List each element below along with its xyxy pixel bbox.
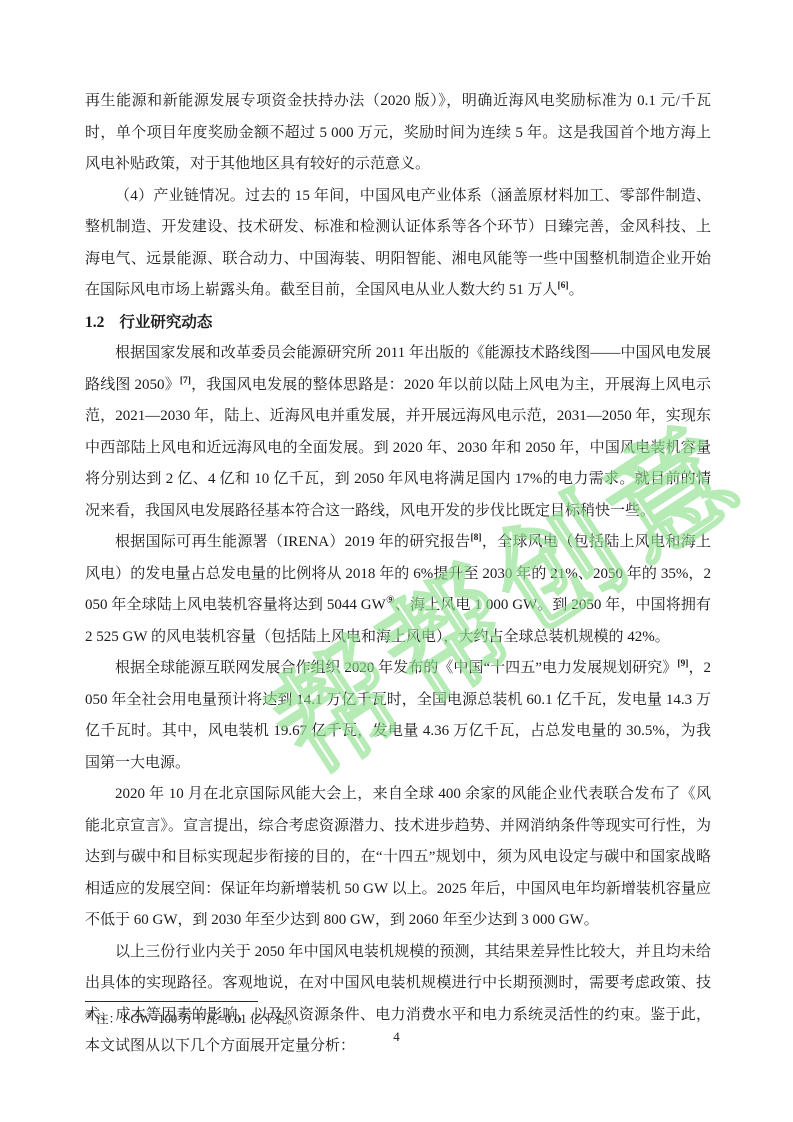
citation-ref-8: [8] [470,533,481,543]
section-heading: 1.2行业研究动态 [85,307,711,339]
paragraph-text: 2020 年 10 月在北京国际风能大会上，来自全球 400 余家的风能企业代表… [85,786,711,928]
footnote: ⑨注：1 GW=100 万千瓦=0.01 亿千瓦。 [85,1008,711,1030]
paragraph-text: 根据全球能源互联网发展合作组织 2020 年发布的《中国“十四五”电力发展规划研… [115,660,677,676]
paragraph-text: ，2050 年全社会用电量预计将达到 14.1 万亿千瓦时，全国电源总装机 60… [85,660,711,771]
footnote-area: ⑨注：1 GW=100 万千瓦=0.01 亿千瓦。 [85,1001,711,1030]
paragraph-text: （4）产业链情况。过去的 15 年间，中国风电产业体系（涵盖原材料加工、零部件制… [85,188,711,299]
footnote-divider [85,1001,258,1002]
page-body: 再生能源和新能源发展专项资金扶持办法（2020 版）》，明确近海风电奖励标准为 … [85,86,711,1063]
paragraph-industry-chain: （4）产业链情况。过去的 15 年间，中国风电产业体系（涵盖原材料加工、零部件制… [85,181,711,307]
footnote-ref-circle-9: ⑨ [386,595,395,606]
section-title: 行业研究动态 [119,314,212,331]
paragraph-text: 再生能源和新能源发展专项资金扶持办法（2020 版）》，明确近海风电奖励标准为 … [85,93,711,172]
page-number: 4 [0,1029,793,1045]
paragraph-beijing-declaration: 2020 年 10 月在北京国际风能大会上，来自全球 400 余家的风能企业代表… [85,779,711,937]
document-page: 帮帮创意 再生能源和新能源发展专项资金扶持办法（2020 版）》，明确近海风电奖… [0,0,793,1122]
section-number: 1.2 [85,314,104,331]
paragraph-text: ，我国风电发展的整体思路是：2020 年以前以陆上风电为主，开展海上风电示范，2… [85,377,711,519]
citation-ref-7: [7] [180,376,191,386]
footnote-marker: ⑨ [85,1010,93,1020]
paragraph-roadmap-2050: 根据国家发展和改革委员会能源研究所 2011 年出版的《能源技术路线图——中国风… [85,338,711,527]
paragraph-geidco-plan: 根据全球能源互联网发展合作组织 2020 年发布的《中国“十四五”电力发展规划研… [85,653,711,779]
citation-ref-6: [6] [558,281,569,291]
paragraph-irena-report: 根据国际可再生能源署（IRENA）2019 年的研究报告[8]，全球风电（包括陆… [85,527,711,653]
paragraph-text: 。 [569,282,584,298]
paragraph-continuation: 再生能源和新能源发展专项资金扶持办法（2020 版）》，明确近海风电奖励标准为 … [85,86,711,181]
citation-ref-9: [9] [677,659,688,669]
paragraph-text: 根据国际可再生能源署（IRENA）2019 年的研究报告 [115,534,470,550]
footnote-text: 注：1 GW=100 万千瓦=0.01 亿千瓦。 [96,1012,300,1026]
